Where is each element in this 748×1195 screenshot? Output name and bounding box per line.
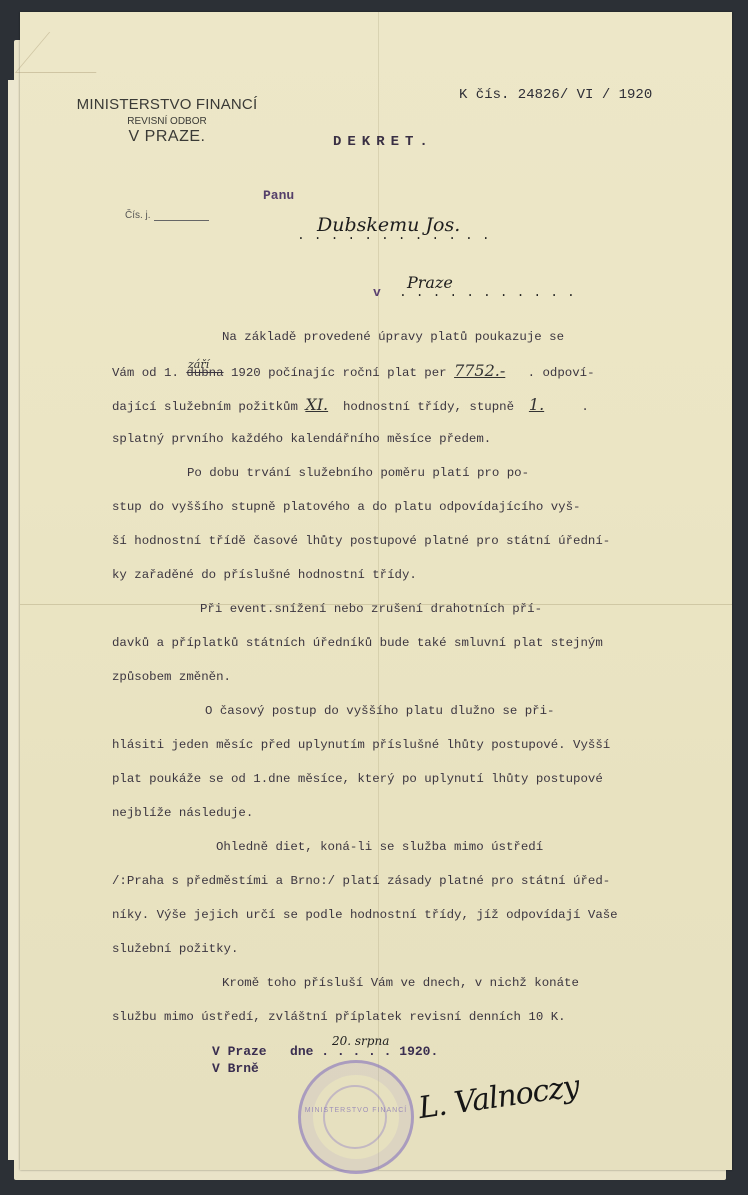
addressee-name-line: ............ Dubskemu Jos. [297, 226, 497, 244]
text-line: níky. Výše jejich určí se podle hodnostn… [112, 898, 692, 932]
stamp-emblem [323, 1085, 387, 1149]
reference-field-label: Čís. j. [125, 210, 151, 221]
official-stamp: MINISTERSTVO FINANCÍ [298, 1060, 414, 1174]
step-handwritten: 1. [529, 395, 544, 414]
letterhead-city: V PRAZE. [62, 128, 272, 146]
text-line: hlásiti jeden měsíc před uplynutím přísl… [112, 728, 692, 762]
text-line: službu mimo ústředí, zvláštní příplatek … [112, 1000, 692, 1034]
text-line: plat poukáže se od 1.dne měsíce, který p… [112, 762, 692, 796]
text-line: Kromě toho přísluší Vám ve dnech, v nich… [112, 966, 692, 1000]
text-line: služební požitky. [112, 932, 692, 966]
reference-number: K čís. 24826/ VI / 1920 [459, 87, 652, 103]
text-line: nejblíže následuje. [112, 796, 692, 830]
stamp-text: MINISTERSTVO FINANCÍ [301, 1107, 411, 1114]
text-line: ší hodnostní třídě časové lhůty postupov… [112, 524, 692, 558]
text-segment: hodnostní třídy, stupně [343, 400, 514, 414]
text-line: Při event.snížení nebo zrušení drahotníc… [112, 592, 692, 626]
department-name: REVISNÍ ODBOR [62, 116, 272, 127]
text-line: dající služebním požitkům XI. hodnostní … [112, 388, 692, 422]
reference-field-line [154, 220, 209, 221]
text-segment: 1920 počínajíc roční plat per [231, 366, 447, 380]
text-segment: Vám od 1. [112, 366, 179, 380]
place-handwritten: Praze [407, 273, 453, 292]
date-year: 1920. [399, 1044, 438, 1059]
text-line: splatný prvního každého kalendářního měs… [112, 422, 692, 456]
text-segment: dající služebním požitkům [112, 400, 298, 414]
handwritten-insert: září [188, 348, 209, 382]
text-segment: . odpoví- [528, 366, 595, 380]
place-prefix: v [373, 285, 381, 300]
text-line: Vám od 1. dubna září 1920 počínajíc ročn… [112, 354, 692, 388]
text-line: O časový postup do vyššího platu dlužno … [112, 694, 692, 728]
text-line: Ohledně diet, koná-li se služba mimo úst… [112, 830, 692, 864]
text-line: davků a příplatků státních úředníků bude… [112, 626, 692, 660]
text-line: stup do vyššího stupně platového a do pl… [112, 490, 692, 524]
date-handwritten: 20. srpna [332, 1033, 389, 1050]
date-line: V Praze dne . . . . . 1920. 20. srpna [212, 1043, 438, 1060]
corner-crease [15, 32, 130, 73]
decree-body: Na základě provedené úpravy platů poukaz… [112, 320, 692, 1034]
addressee-name-handwritten: Dubskemu Jos. [317, 214, 460, 236]
addressee-salutation: Panu [263, 188, 294, 203]
reference-field: Čís. j. [125, 210, 209, 221]
document-title: DEKRET. [333, 134, 434, 150]
text-line: Po dobu trvání služebního poměru platí p… [112, 456, 692, 490]
text-line: způsobem změněn. [112, 660, 692, 694]
text-line: /:Praha s předměstími a Brno:/ platí zás… [112, 864, 692, 898]
place-prague: V Praze [212, 1044, 267, 1059]
underlying-sheet-edge [8, 80, 18, 1160]
text-segment: . [581, 400, 588, 414]
rank-class-handwritten: XI. [305, 395, 328, 414]
text-line: ky zařaděné do příslušné hodnostní třídy… [112, 558, 692, 592]
salary-amount-handwritten: 7752.- [454, 361, 505, 380]
letterhead: MINISTERSTVO FINANCÍ REVISNÍ ODBOR V PRA… [62, 96, 272, 146]
ministry-name: MINISTERSTVO FINANCÍ [62, 96, 272, 113]
day-label: dne [290, 1044, 313, 1059]
